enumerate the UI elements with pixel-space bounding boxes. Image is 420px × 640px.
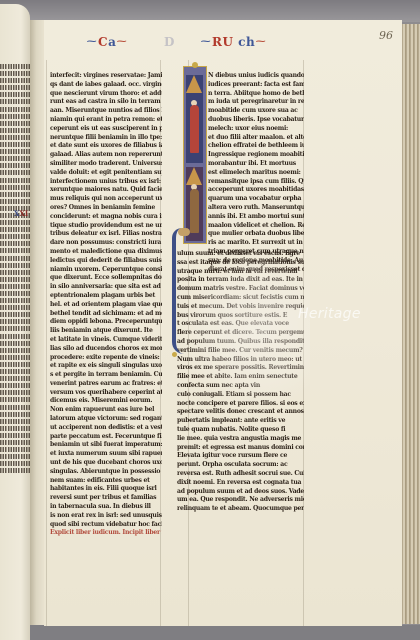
text-line: flere ceperunt et dicere. Tecum pergemus xyxy=(177,329,304,338)
text-line: ceperunt eis ut eas susciperent in pace.… xyxy=(50,125,162,134)
text-line xyxy=(0,263,30,268)
text-line: moabitide cum uxore sua ac xyxy=(208,107,304,116)
text-line: diem oppidi lebona. Preceperuntque fi xyxy=(50,318,162,327)
text-line xyxy=(0,355,30,360)
text-line: galaad. Alias autem non repererunt: qua xyxy=(50,151,162,160)
text-line xyxy=(0,433,30,438)
running-title-letter: ch xyxy=(238,35,255,49)
text-line: lie mee. quia vestra angustia magis me xyxy=(177,435,304,444)
running-title-letter: D xyxy=(164,35,175,49)
text-line: ulum suum: et dedisset eis escas. Egre xyxy=(177,250,304,259)
text-line: et rapite ex eis singuli singulas uxore xyxy=(50,362,162,371)
initial-panel-upper xyxy=(186,75,203,163)
text-line xyxy=(0,326,30,331)
initial-knob xyxy=(172,352,177,357)
text-line: bus virorum quos sortiture estis. E xyxy=(177,312,304,321)
text-line xyxy=(0,78,30,83)
text-line: spectare velitis donec crescant et annos xyxy=(177,408,304,417)
text-line: annis ibi. Et ambo mortui sunt xyxy=(208,213,304,222)
text-line xyxy=(0,227,30,232)
text-line: aan. Miseruntque nuntios ad filios be xyxy=(50,107,162,116)
initial-hook xyxy=(178,228,190,236)
text-line: et iuxta numerum suum sibi rapuer xyxy=(50,450,162,459)
text-line xyxy=(0,454,30,459)
text-line: que dixerunt. Ecce sollempnitas domini e… xyxy=(50,274,162,283)
text-line: remansitque ipsa cum filiis. Qui xyxy=(208,178,304,187)
text-line: quod sibi rectum videbatur hoc faciebat xyxy=(50,521,162,530)
flourish-icon: ~ xyxy=(86,37,99,47)
text-line: qs dant de iabes galaad. occ. virgine xyxy=(50,81,162,90)
text-line: parte peccatum est. Feceruntque filii xyxy=(50,433,162,442)
text-line: tule quam nubatis. Nolite queso fi xyxy=(177,426,304,435)
text-line xyxy=(0,277,30,282)
text-line xyxy=(0,468,30,473)
text-line: viros ex me sperare possitis. Revertimin… xyxy=(177,364,304,373)
text-line: runt eas ad castra in silo in terram cha… xyxy=(50,98,162,107)
text-line: mus reliquis qui non acceperunt ux xyxy=(50,195,162,204)
text-line: ores? Omnes in beniamin femine xyxy=(50,204,162,213)
text-line: neruntque filii beniamin in illo tpe: xyxy=(50,134,162,143)
text-line: confecta sum nec apta vin xyxy=(177,382,304,391)
text-line: posita in terram iuda dixit ad eas. Ite … xyxy=(177,276,304,285)
text-line xyxy=(0,334,30,339)
text-line: liis beniamin atque dixerunt. Ite xyxy=(50,327,162,336)
flourish-icon: ~ xyxy=(255,37,268,47)
text-line: procedere: exite repente de vineis: xyxy=(50,354,162,363)
text-line: Ingressique regionem moabitidem. xyxy=(208,151,304,160)
text-line: tuis et mecum. Det vobis invenire requie… xyxy=(177,303,304,312)
left-text-column: interfecit: virgines reservatae: Jamieqs… xyxy=(50,72,162,538)
text-line: cum misericordiam: sicut fecistis cum mo… xyxy=(177,294,304,303)
text-line: um ea. Que respondit. Ne adverseris mich… xyxy=(177,496,304,505)
historiated-initial xyxy=(183,66,207,244)
text-line: et duo filii alter maalon. et alter xyxy=(208,134,304,143)
text-line: ad populum suum et ad deos suos. Vade c xyxy=(177,488,304,497)
text-line: reversa est. Ruth adhesit socrui sue. Cu… xyxy=(177,470,304,479)
text-line: Non enim rapuerunt eas iure bel xyxy=(50,406,162,415)
text-line xyxy=(0,341,30,346)
gable-arch-icon xyxy=(186,75,202,93)
text-line xyxy=(0,163,30,168)
text-line: tique studio providendum est ne una xyxy=(50,222,162,231)
text-line: mento et maledictione qua diximus. Ma xyxy=(50,248,162,257)
text-line: dixit noemi. En reversa est cognata tua xyxy=(177,479,304,488)
text-line xyxy=(0,71,30,76)
text-line: interfectionem unius tribus ex isrl: Di xyxy=(50,178,162,187)
text-line: nem suam: edificantes urbes et xyxy=(50,477,162,486)
right-text-column-upper: N diebus unius iudicis quandoiudices pre… xyxy=(208,72,304,274)
text-line: m iuda ut peregrinaretur in regione xyxy=(208,98,304,107)
text-line xyxy=(0,419,30,424)
text-line: est elimelech maritus noemi: xyxy=(208,169,304,178)
flourish-icon: ~ xyxy=(200,37,213,47)
text-line xyxy=(0,142,30,147)
text-line xyxy=(0,461,30,466)
text-line xyxy=(0,92,30,97)
text-line xyxy=(0,426,30,431)
text-line: acceperunt uxores moabitidas. xyxy=(208,186,304,195)
text-line: Num ultra habeo filios in utero meo: ut xyxy=(177,356,304,365)
text-line: in tabernacula sua. In diebus ill xyxy=(50,503,162,512)
folio-number: 96 xyxy=(379,29,393,42)
text-line: vertimini filie mee. Cur venitis mecum? xyxy=(177,347,304,356)
text-line: maalon videlicet et chelion. Remansit xyxy=(208,222,304,231)
standing-figure xyxy=(190,105,199,153)
text-line xyxy=(0,447,30,452)
text-line xyxy=(0,397,30,402)
text-line: habitantes in eis. Filii quoque isrl xyxy=(50,485,162,494)
text-line xyxy=(0,312,30,317)
text-line: valde doluit: et egit penitentiam super xyxy=(50,169,162,178)
left-facing-page: XXI xyxy=(0,4,30,640)
text-line: melech: uxor eius noemi: xyxy=(208,125,304,134)
text-line: similiter modo traderent. Universusque i… xyxy=(50,160,162,169)
text-line: n terra. Abiitque homo de bethlee xyxy=(208,90,304,99)
text-line: in silo anniversaria: que sita est ad s xyxy=(50,283,162,292)
text-line xyxy=(0,440,30,445)
text-line xyxy=(0,64,30,69)
text-line: nocte concipere et parere filios. si eos… xyxy=(177,400,304,409)
text-line: tribus deleatur ex isrl. Filias nostras … xyxy=(50,230,162,239)
text-line xyxy=(0,170,30,175)
text-line: lias silo ad ducendos choros ex more xyxy=(50,345,162,354)
text-line xyxy=(0,85,30,90)
text-line: conciderunt: et magna nobis cura ingen xyxy=(50,213,162,222)
ruling-line xyxy=(46,60,47,626)
text-line: niamin qui erant in petra remon: et pr xyxy=(50,116,162,125)
running-title-middle: D xyxy=(164,33,175,51)
text-line xyxy=(0,305,30,310)
text-line xyxy=(0,291,30,296)
text-line: latorum atque victorum: sed rogantibus xyxy=(50,415,162,424)
text-line xyxy=(0,135,30,140)
text-line xyxy=(0,234,30,239)
text-line xyxy=(0,178,30,183)
text-line: is non erat rex in isrl: sed unusquisque xyxy=(50,512,162,521)
text-line: N diebus unius iudicis quando xyxy=(208,72,304,81)
text-line: domum matris vestre. Faciat dominus vobi… xyxy=(177,285,304,294)
text-line: s et pergite in terram beniamin. Cumque xyxy=(50,371,162,380)
text-line xyxy=(0,270,30,275)
text-line xyxy=(0,248,30,253)
text-line: et date sunt eis uxores de filiabus iabe… xyxy=(50,142,162,151)
explicit-rubric: Explicit liber iudicum. Incipit liber ru… xyxy=(50,529,162,538)
seated-figure xyxy=(190,189,199,233)
text-line: beniamin ut sibi fuerat imperatum: xyxy=(50,441,162,450)
text-line xyxy=(0,199,30,204)
text-line xyxy=(0,114,30,119)
page-edges xyxy=(402,24,420,624)
text-line xyxy=(0,220,30,225)
text-line: culo coniugali. Etiam si possem hac xyxy=(177,391,304,400)
right-text-column-lower: ulum suum: et dedisset eis escas. Egress… xyxy=(177,250,304,514)
text-line: chelion effratei de bethleem iuda. xyxy=(208,142,304,151)
text-line: eptentrionalem plagam urbis bet xyxy=(50,292,162,301)
text-line: singulas. Abieruntque in possessio xyxy=(50,468,162,477)
text-line: reversi sunt per tribus et familias xyxy=(50,494,162,503)
text-line: dare non possumus: constricti iura xyxy=(50,239,162,248)
text-line xyxy=(0,362,30,367)
text-line: pubertatis impleant: ante eritis ve xyxy=(177,417,304,426)
text-line: versum vos querihabere ceperint atque iu… xyxy=(50,389,162,398)
text-line: altera vero ruth. Manseruntque xyxy=(208,204,304,213)
text-line: ut acciperent non dedistis: et a vestra xyxy=(50,424,162,433)
text-line xyxy=(0,369,30,374)
text-line: bethel tendit ad sichimam: et ad meri xyxy=(50,310,162,319)
initial-finial xyxy=(192,62,198,68)
text-line xyxy=(0,99,30,104)
text-line: utraque nuru: et iam in via revertendi xyxy=(177,268,304,277)
text-line xyxy=(0,383,30,388)
text-line xyxy=(0,149,30,154)
running-title-right: ~ RU ch ~ xyxy=(200,33,267,51)
text-line xyxy=(0,121,30,126)
text-line: hel. et ad orientem plagam viae que de xyxy=(50,301,162,310)
text-line xyxy=(0,241,30,246)
text-line xyxy=(0,256,30,261)
text-line xyxy=(0,412,30,417)
text-line: relinquam te et abeam. Quocumque pergeri… xyxy=(177,505,304,514)
text-line: niamin uxorem. Ceperuntque consilium at xyxy=(50,266,162,275)
text-line xyxy=(0,107,30,112)
text-line: ad populum tuum. Quibus illa respondit. … xyxy=(177,338,304,347)
text-line: quarum una vocabatur orpha xyxy=(208,195,304,204)
running-title-letter: C xyxy=(98,35,108,49)
left-page-text xyxy=(0,64,30,475)
flourish-icon: ~ xyxy=(116,37,129,47)
text-line: que nescierunt virum thoro: et adduxe xyxy=(50,90,162,99)
text-line xyxy=(0,298,30,303)
text-line: et latitate in vineis. Cumque videritis … xyxy=(50,336,162,345)
text-line: ris ac marito. Et surrexit ut in pa xyxy=(208,239,304,248)
running-title-left: ~ Ca ~ xyxy=(86,33,128,51)
text-line: ledictus qui dederit de filiabus suis be xyxy=(50,257,162,266)
text-line xyxy=(0,156,30,161)
text-line xyxy=(0,284,30,289)
running-title-letter: RU xyxy=(212,35,233,49)
chapter-number-rubric: XXI xyxy=(14,209,28,218)
text-line xyxy=(0,376,30,381)
text-line xyxy=(0,405,30,410)
text-line: duobus liberis. Ipse vocabatur eli xyxy=(208,116,304,125)
text-line xyxy=(0,185,30,190)
text-line: unt de his que ducebant choros uxores xyxy=(50,459,162,468)
text-line: interfecit: virgines reservatae: Jamie xyxy=(50,72,162,81)
text-line xyxy=(0,348,30,353)
text-line: premit: et egressa est manus domini cont… xyxy=(177,444,304,453)
text-line: filie mee et abite. Iam enim senectute xyxy=(177,373,304,382)
text-line: perunt. Orpha osculata socrum: ac xyxy=(177,461,304,470)
gable-arch-icon xyxy=(186,167,202,185)
text-line: morabantur ibi. Et mortuus xyxy=(208,160,304,169)
text-line: t osculata est eas. Que elevata voce xyxy=(177,320,304,329)
text-line xyxy=(0,192,30,197)
background-bottom xyxy=(0,625,420,640)
text-line: xeruntque maiores natu. Quid facie xyxy=(50,186,162,195)
text-line: que mulier orbata duobus libe xyxy=(208,230,304,239)
background-top xyxy=(0,0,420,22)
text-line xyxy=(0,319,30,324)
text-line: dicemus eis. Miseremini eorum. xyxy=(50,397,162,406)
text-line: Elevata igitur voce rursum flere ce xyxy=(177,452,304,461)
watermark-text: Heritage xyxy=(298,306,361,322)
text-line xyxy=(0,390,30,395)
initial-tail-flourish xyxy=(172,228,188,354)
text-line: venerint patres earum ac fratres: et ad xyxy=(50,380,162,389)
text-line: ssa est itaque de loco peregrinationis s… xyxy=(177,259,304,268)
text-line: iudices preerant: facta est fames i xyxy=(208,81,304,90)
text-line xyxy=(0,128,30,133)
